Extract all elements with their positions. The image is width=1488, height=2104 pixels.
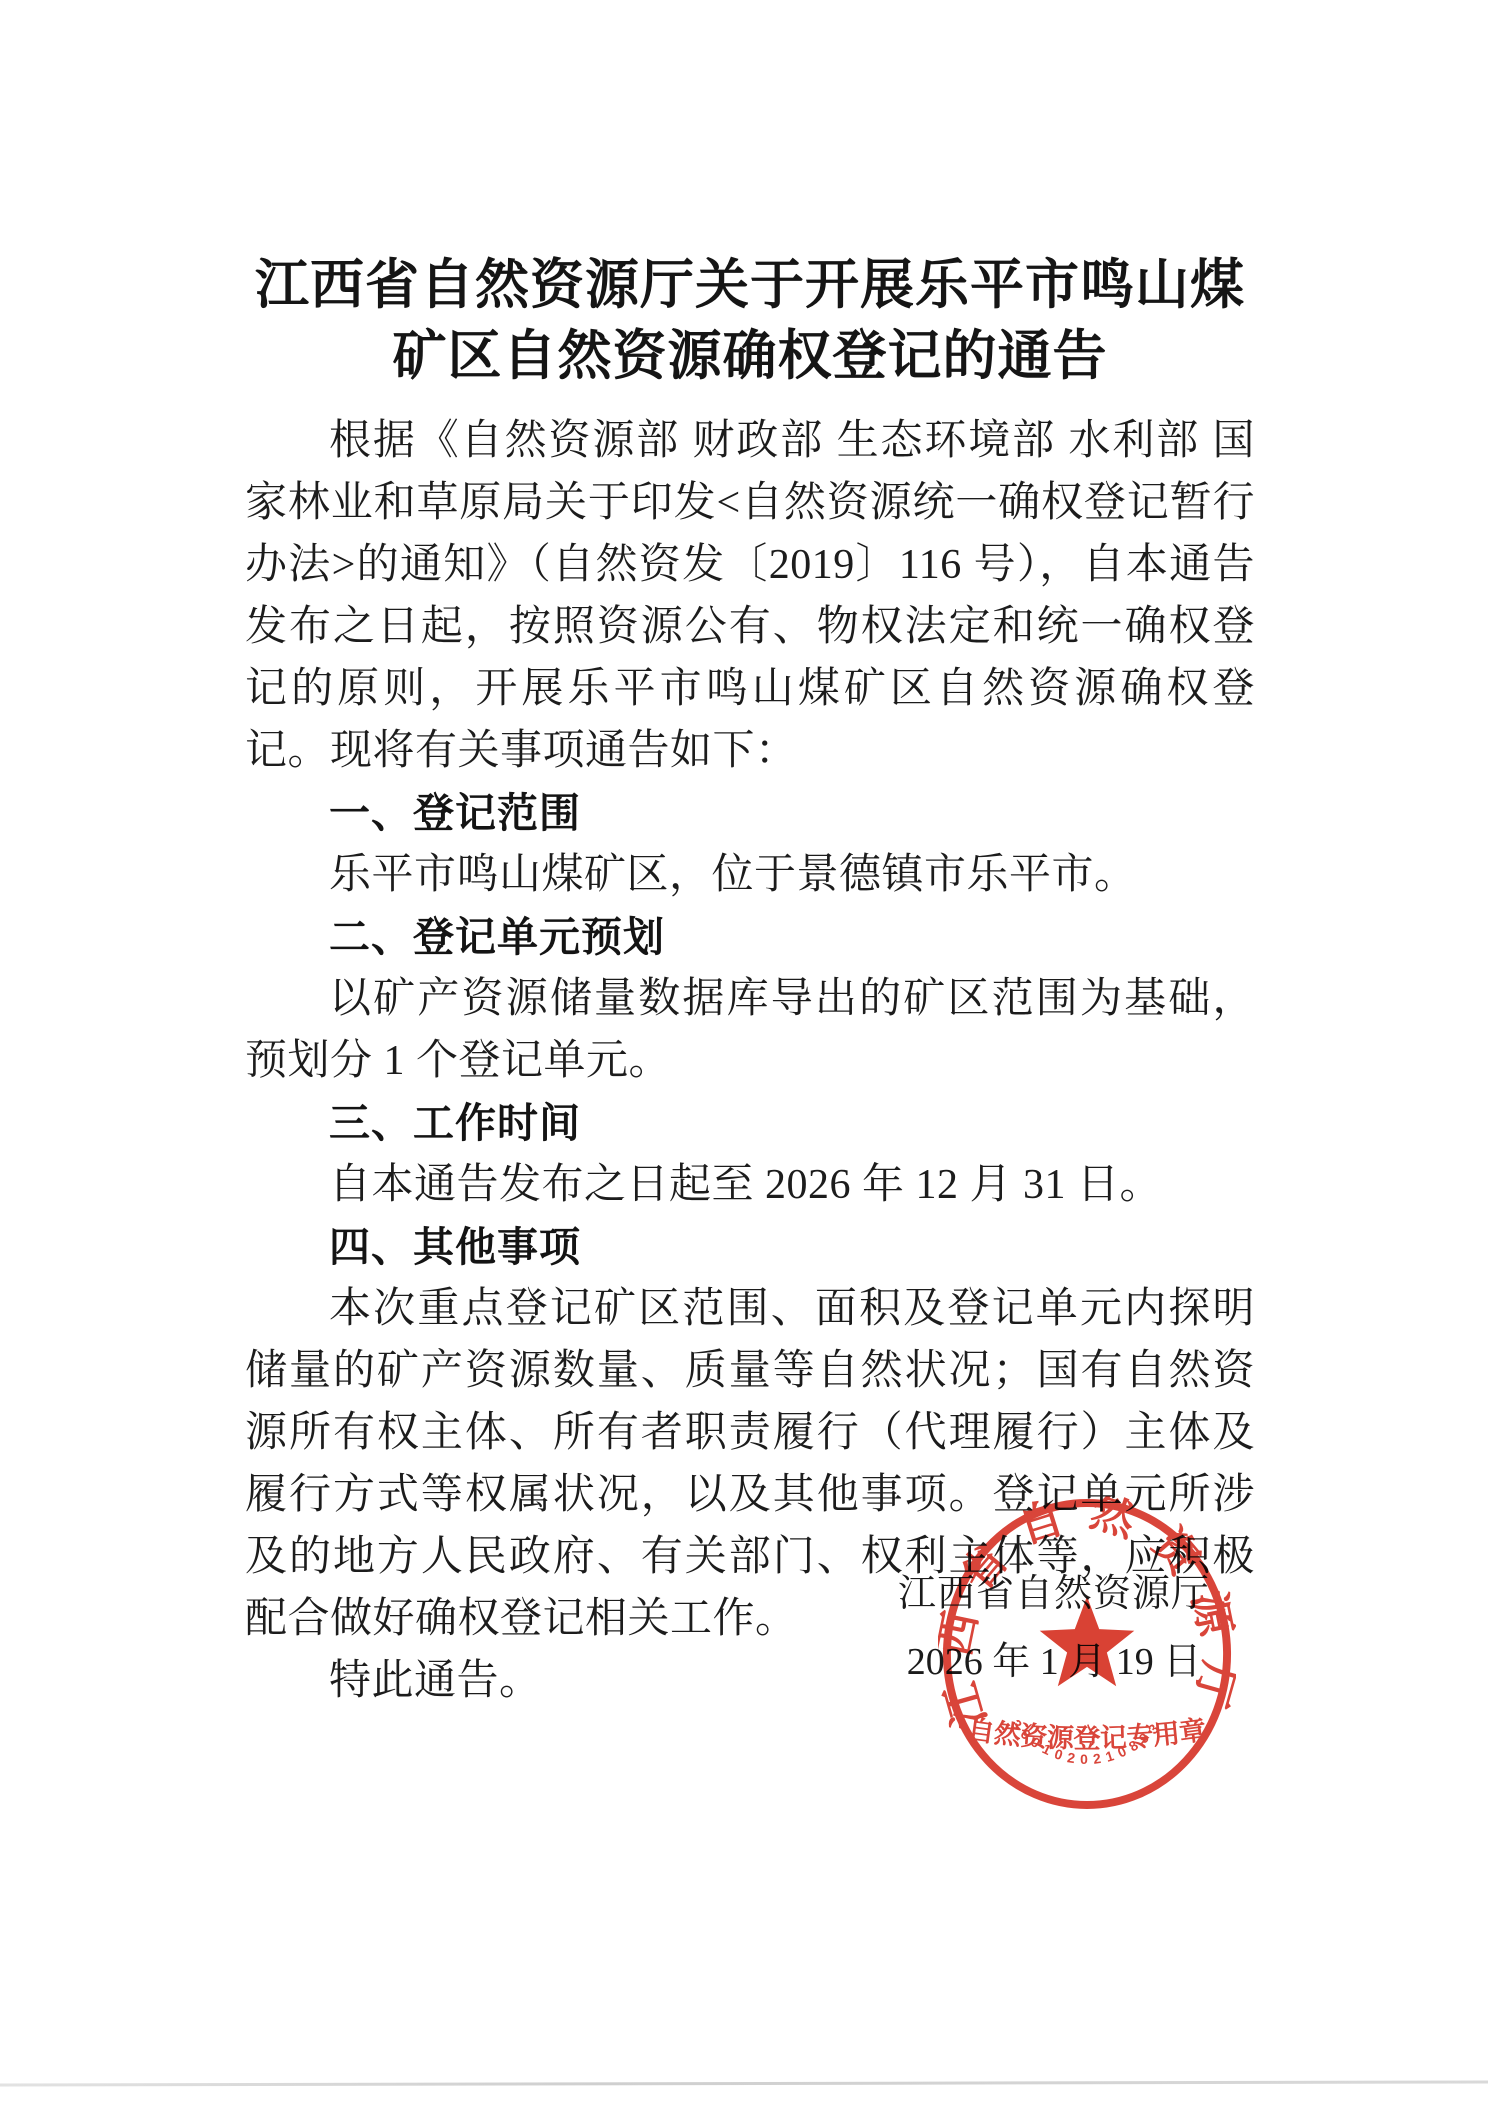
section-2-paragraph: 以矿产资源储量数据库导出的矿区范围为基础，预划分 1 个登记单元。 [245, 968, 1255, 1092]
signature-date: 2026 年 1 月 19 日 [896, 1640, 1212, 1684]
document-page: 江西省自然资源厅关于开展乐平市鸣山煤 矿区自然资源确权登记的通告 根据《自然资源… [0, 0, 1488, 2104]
section-3-paragraph: 自本通告发布之日起至 2026 年 12 月 31 日。 [245, 1154, 1255, 1216]
signature-block: 江西省自然资源厅 2026 年 1 月 19 日 [896, 1572, 1212, 1684]
scan-artifact-line [0, 2080, 1488, 2086]
signature-agency: 江西省自然资源厅 [896, 1572, 1212, 1616]
title-line-2: 矿区自然资源确权登记的通告 [245, 321, 1255, 392]
document-content: 江西省自然资源厅关于开展乐平市鸣山煤 矿区自然资源确权登记的通告 根据《自然资源… [245, 250, 1255, 1712]
section-2-heading: 二、登记单元预划 [245, 906, 1255, 968]
seal-label-container: 自然资源登记专用章 [966, 1714, 1208, 1754]
section-3-heading: 三、工作时间 [245, 1092, 1255, 1154]
page-title: 江西省自然资源厅关于开展乐平市鸣山煤 矿区自然资源确权登记的通告 [245, 250, 1255, 392]
section-4-heading: 四、其他事项 [245, 1216, 1255, 1278]
intro-paragraph: 根据《自然资源部 财政部 生态环境部 水利部 国家林业和草原局关于印发<自然资源… [245, 410, 1255, 782]
section-1-heading: 一、登记范围 [245, 782, 1255, 844]
seal-label: 自然资源登记专用章 [966, 1714, 1208, 1754]
section-1-paragraph: 乐平市鸣山煤矿区，位于景德镇市乐平市。 [245, 844, 1255, 906]
title-line-1: 江西省自然资源厅关于开展乐平市鸣山煤 [245, 250, 1255, 321]
